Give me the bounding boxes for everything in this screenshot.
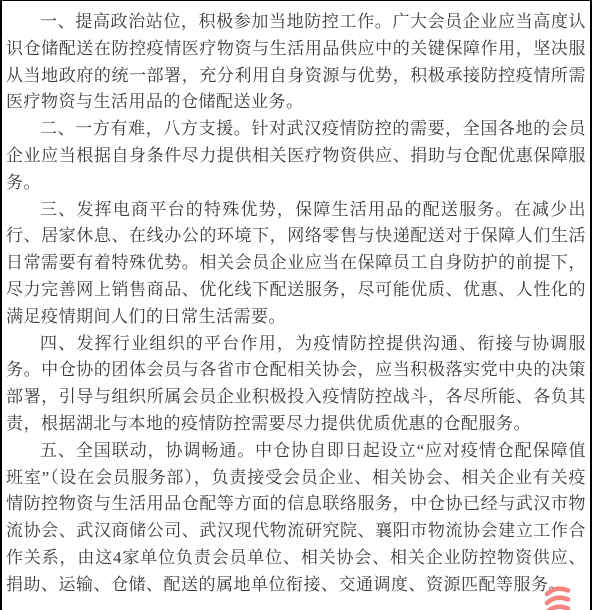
wave-stroke-middle	[547, 598, 568, 603]
wave-stroke-bottom	[547, 607, 568, 610]
triple-wave-logo-icon	[544, 585, 571, 610]
paragraph-3: 三、发挥电商平台的特殊优势，保障生活用品的配送服务。在减少出行、居家休息、在线办…	[6, 197, 586, 331]
paragraph-5: 五、全国联动，协调畅通。中仓协自即日起设立“应对疫情仓配保障值班室”（设在会员服…	[6, 438, 586, 599]
paragraph-4: 四、发挥行业组织的平台作用，为疫情防控提供沟通、衔接与协调服务。中仓协的团体会员…	[6, 331, 586, 438]
document-page: 一、提高政治站位，积极参加当地防控工作。广大会员企业应当高度认识仓储配送在防控疫…	[0, 0, 592, 610]
paragraph-1: 一、提高政治站位，积极参加当地防控工作。广大会员企业应当高度认识仓储配送在防控疫…	[6, 9, 586, 116]
wave-stroke-top	[547, 589, 568, 594]
paragraph-2: 二、一方有难，八方支援。针对武汉疫情防控的需要，全国各地的会员企业应当根据自身条…	[6, 116, 586, 196]
